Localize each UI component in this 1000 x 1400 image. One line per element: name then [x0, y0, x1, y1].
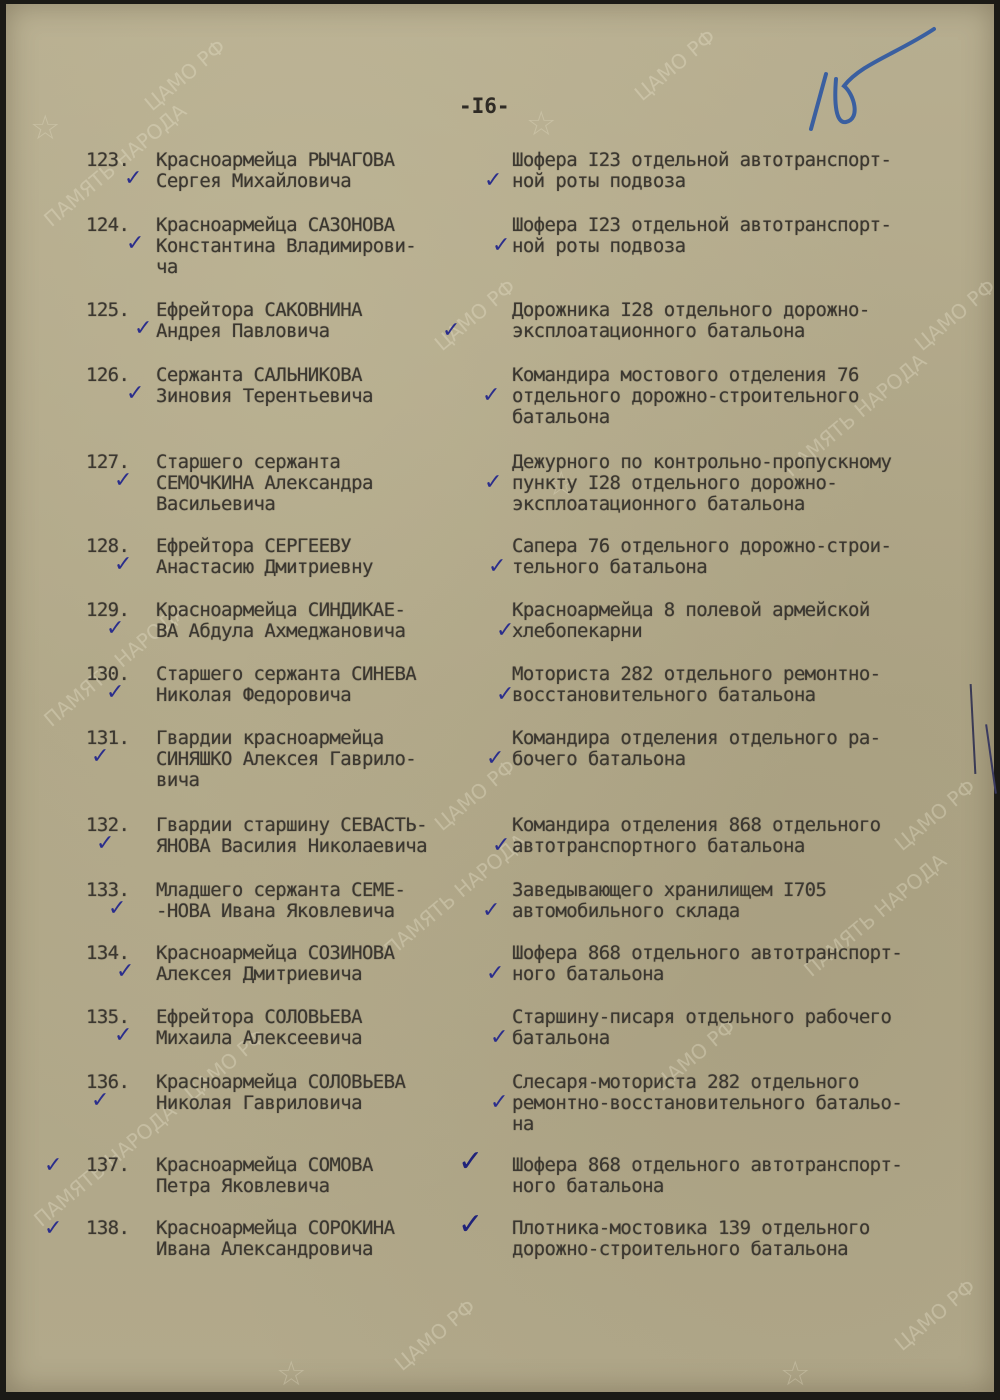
entry-name: Красноармейца САЗОНОВАКонстантина Владим… — [156, 215, 416, 278]
name-line: Красноармейца СОЗИНОВА — [156, 943, 394, 964]
checkmark-icon: ✓ — [496, 684, 514, 706]
entry-unit: Дорожника I28 отдельного дорожно-эксплоа… — [512, 300, 870, 342]
unit-line: Красноармейца 8 полевой армейской — [512, 600, 870, 621]
watermark-tsamo: ЦАМО РФ — [890, 775, 979, 855]
watermark-star-icon: ☆ — [780, 1354, 810, 1394]
name-line: Константина Владимирови- — [156, 236, 416, 257]
name-line: Алексея Дмитриевича — [156, 964, 394, 985]
unit-line: Командира отделения 868 отдельного — [512, 815, 881, 836]
entry-name: Красноармейца СОЛОВЬЕВАНиколая Гаврилови… — [156, 1072, 405, 1114]
unit-line: Шофера 868 отдельного автотранспорт- — [512, 943, 902, 964]
entry-name: Ефрейтора СОЛОВЬЕВАМихаила Алексеевича — [156, 1007, 362, 1049]
entry-name: Ефрейтора СЕРГЕЕВУАнастасию Дмитриевну — [156, 536, 373, 578]
entry-unit: Красноармейца 8 полевой армейскойхлебопе… — [512, 600, 870, 642]
watermark-tsamo: ЦАМО РФ — [910, 275, 999, 355]
name-line: ВА Абдула Ахмеджановича — [156, 621, 405, 642]
entry-number: 125. — [86, 300, 129, 321]
entry-name: Красноармейца СОМОВАПетра Яковлевича — [156, 1155, 373, 1197]
checkmark-icon: ✓ — [126, 383, 144, 405]
checkmark-icon: ✓ — [124, 168, 142, 190]
unit-line: батальона — [512, 1028, 891, 1049]
unit-line: ного батальона — [512, 964, 902, 985]
checkmark-icon: ✓ — [458, 1214, 483, 1236]
watermark-tsamo: ЦАМО РФ — [630, 25, 719, 105]
checkmark-icon: ✓ — [488, 556, 506, 578]
name-line: Гвардии старшину СЕВАСТЬ- — [156, 815, 427, 836]
page-number: -I6- — [459, 94, 510, 118]
unit-line: хлебопекарни — [512, 621, 870, 642]
watermark-star-icon: ☆ — [526, 104, 556, 144]
watermark-tsamo: ЦАМО РФ — [390, 1295, 479, 1375]
entry-name: Красноармейца СОЗИНОВААлексея Дмитриевич… — [156, 943, 394, 985]
entry-number: 137. — [86, 1155, 129, 1176]
entry-unit: Сапера 76 отдельного дорожно-строи-тельн… — [512, 536, 891, 578]
unit-line: автомобильного склада — [512, 901, 826, 922]
unit-line: ной роты подвоза — [512, 171, 891, 192]
name-line: Сергея Михайловича — [156, 171, 394, 192]
entry-number: 124. — [86, 215, 129, 236]
entry-name: Ефрейтора САКОВНИНААндрея Павловича — [156, 300, 362, 342]
unit-line: эксплоатационного батальона — [512, 494, 891, 515]
unit-line: Командира мостового отделения 76 — [512, 365, 859, 386]
checkmark-icon: ✓ — [490, 1027, 508, 1049]
watermark-tsamo: ЦАМО РФ — [140, 35, 229, 115]
unit-line: тельного батальона — [512, 557, 891, 578]
unit-line: Сапера 76 отдельного дорожно-строи- — [512, 536, 891, 557]
name-line: Красноармейца СИНДИКАЕ- — [156, 600, 405, 621]
checkmark-icon: ✓ — [106, 618, 124, 640]
entry-unit: Дежурного по контрольно-пропускномупункт… — [512, 452, 891, 515]
name-line: Ефрейтора СОЛОВЬЕВА — [156, 1007, 362, 1028]
checkmark-icon: ✓ — [492, 835, 510, 857]
name-line: ча — [156, 257, 416, 278]
name-line: Анастасию Дмитриевну — [156, 557, 373, 578]
entry-unit: Старшину-писаря отдельного рабочегобатал… — [512, 1007, 891, 1049]
checkmark-icon: ✓ — [484, 472, 502, 494]
unit-line: автотранспортного батальона — [512, 836, 881, 857]
name-line: Старшего сержанта СИНЕВА — [156, 664, 416, 685]
unit-line: на — [512, 1114, 902, 1135]
entry-unit: Заведывающего хранилищем I705автомобильн… — [512, 880, 826, 922]
checkmark-icon: ✓ — [134, 318, 152, 340]
entry-name: Старшего сержанта СИНЕВАНиколая Федорови… — [156, 664, 416, 706]
name-line: Васильевича — [156, 494, 373, 515]
checkmark-icon: ✓ — [458, 1151, 483, 1173]
checkmark-icon: ✓ — [484, 170, 502, 192]
entry-unit: Моториста 282 отдельного ремонтно-восста… — [512, 664, 881, 706]
unit-line: Шофера I23 отдельной автотранспорт- — [512, 150, 891, 171]
name-line: Красноармейца САЗОНОВА — [156, 215, 416, 236]
checkmark-icon: ✓ — [126, 233, 144, 255]
checkmark-icon: ✓ — [91, 746, 109, 768]
entry-number: 123. — [86, 150, 129, 171]
entry-unit: Шофера 868 отдельного автотранспорт-ного… — [512, 943, 902, 985]
entry-unit: Командира отделения отдельного ра-бочего… — [512, 728, 881, 770]
unit-line: пункту I28 отдельного дорожно- — [512, 473, 891, 494]
entry-unit: Командира мостового отделения 76отдельно… — [512, 365, 859, 428]
name-line: Ефрейтора САКОВНИНА — [156, 300, 362, 321]
name-line: Петра Яковлевича — [156, 1176, 373, 1197]
entry-unit: Плотника-мостовика 139 отдельногодорожно… — [512, 1218, 870, 1260]
unit-line: батальона — [512, 407, 859, 428]
entry-number: 138. — [86, 1218, 129, 1239]
unit-line: восстановительного батальона — [512, 685, 881, 706]
name-line: Старшего сержанта — [156, 452, 373, 473]
checkmark-icon: ✓ — [91, 1090, 109, 1112]
name-line: Николая Гавриловича — [156, 1093, 405, 1114]
name-line: вича — [156, 770, 416, 791]
entry-name: Сержанта САЛЬНИКОВАЗиновия Терентьевича — [156, 365, 373, 407]
folio-number-handwritten — [806, 24, 936, 134]
name-line: Красноармейца СОМОВА — [156, 1155, 373, 1176]
entry-name: Гвардии красноармейцаСИНЯШКО Алексея Гав… — [156, 728, 416, 791]
margin-pen-line — [970, 684, 977, 774]
entry-name: Красноармейца РЫЧАГОВАСергея Михайловича — [156, 150, 394, 192]
name-line: СИНЯШКО Алексея Гаврило- — [156, 749, 416, 770]
entry-name: Красноармейца СОРОКИНАИвана Александрови… — [156, 1218, 394, 1260]
name-line: Младшего сержанта СЕМЕ- — [156, 880, 405, 901]
unit-line: отдельного дорожно-строительного — [512, 386, 859, 407]
unit-line: Шофера 868 отдельного автотранспорт- — [512, 1155, 902, 1176]
name-line: Ефрейтора СЕРГЕЕВУ — [156, 536, 373, 557]
checkmark-icon: ✓ — [442, 320, 460, 342]
checkmark-icon: ✓ — [486, 963, 504, 985]
unit-line: Плотника-мостовика 139 отдельного — [512, 1218, 870, 1239]
checkmark-icon: ✓ — [44, 1155, 62, 1177]
unit-line: ремонтно-восстановительного батальо- — [512, 1093, 902, 1114]
unit-line: Старшину-писаря отдельного рабочего — [512, 1007, 891, 1028]
entry-name: Младшего сержанта СЕМЕ--НОВА Ивана Яковл… — [156, 880, 405, 922]
name-line: -НОВА Ивана Яковлевича — [156, 901, 405, 922]
checkmark-icon: ✓ — [482, 900, 500, 922]
name-line: ЯНОВА Василия Николаевича — [156, 836, 427, 857]
entry-unit: Слесаря-моториста 282 отдельногоремонтно… — [512, 1072, 902, 1135]
name-line: Гвардии красноармейца — [156, 728, 416, 749]
checkmark-icon: ✓ — [106, 682, 124, 704]
unit-line: Заведывающего хранилищем I705 — [512, 880, 826, 901]
name-line: Зиновия Терентьевича — [156, 386, 373, 407]
watermark-star-icon: ☆ — [276, 1354, 306, 1394]
unit-line: Командира отделения отдельного ра- — [512, 728, 881, 749]
margin-pen-line — [985, 724, 997, 794]
entry-unit: Шофера 868 отдельного автотранспорт-ного… — [512, 1155, 902, 1197]
name-line: СЕМОЧКИНА Александра — [156, 473, 373, 494]
checkmark-icon: ✓ — [114, 1025, 132, 1047]
watermark-star-icon: ☆ — [30, 108, 60, 148]
entry-name: Старшего сержантаСЕМОЧКИНА АлександраВас… — [156, 452, 373, 515]
name-line: Сержанта САЛЬНИКОВА — [156, 365, 373, 386]
checkmark-icon: ✓ — [482, 385, 500, 407]
unit-line: дорожно-строительного батальона — [512, 1239, 870, 1260]
checkmark-icon: ✓ — [114, 470, 132, 492]
name-line: Ивана Александровича — [156, 1239, 394, 1260]
unit-line: эксплоатационного батальона — [512, 321, 870, 342]
unit-line: Моториста 282 отдельного ремонтно- — [512, 664, 881, 685]
checkmark-icon: ✓ — [44, 1218, 62, 1240]
name-line: Красноармейца СОЛОВЬЕВА — [156, 1072, 405, 1093]
entry-unit: Шофера I23 отдельной автотранспорт-ной р… — [512, 150, 891, 192]
entry-name: Красноармейца СИНДИКАЕ-ВА Абдула Ахмеджа… — [156, 600, 405, 642]
name-line: Михаила Алексеевича — [156, 1028, 362, 1049]
unit-line: Шофера I23 отдельной автотранспорт- — [512, 215, 891, 236]
unit-line: Дежурного по контрольно-пропускному — [512, 452, 891, 473]
document-page: ЦАМО РФ ЦАМО РФ ПАМЯТЬ НАРОДА ЦАМО РФ ЦА… — [6, 4, 994, 1392]
unit-line: ной роты подвоза — [512, 236, 891, 257]
unit-line: Дорожника I28 отдельного дорожно- — [512, 300, 870, 321]
checkmark-icon: ✓ — [490, 1092, 508, 1114]
checkmark-icon: ✓ — [96, 833, 114, 855]
checkmark-icon: ✓ — [116, 961, 134, 983]
name-line: Николая Федоровича — [156, 685, 416, 706]
entry-name: Гвардии старшину СЕВАСТЬ-ЯНОВА Василия Н… — [156, 815, 427, 857]
watermark-tsamo: ЦАМО РФ — [890, 1275, 979, 1355]
entry-number: 126. — [86, 365, 129, 386]
checkmark-icon: ✓ — [496, 620, 514, 642]
checkmark-icon: ✓ — [108, 898, 126, 920]
name-line: Красноармейца СОРОКИНА — [156, 1218, 394, 1239]
entry-unit: Командира отделения 868 отдельногоавтотр… — [512, 815, 881, 857]
checkmark-icon: ✓ — [492, 235, 510, 257]
checkmark-icon: ✓ — [114, 554, 132, 576]
unit-line: ного батальона — [512, 1176, 902, 1197]
unit-line: Слесаря-моториста 282 отдельного — [512, 1072, 902, 1093]
name-line: Андрея Павловича — [156, 321, 362, 342]
unit-line: бочего батальона — [512, 749, 881, 770]
checkmark-icon: ✓ — [486, 748, 504, 770]
name-line: Красноармейца РЫЧАГОВА — [156, 150, 394, 171]
watermark-tsamo: ЦАМО РФ — [430, 755, 519, 835]
entry-unit: Шофера I23 отдельной автотранспорт-ной р… — [512, 215, 891, 257]
